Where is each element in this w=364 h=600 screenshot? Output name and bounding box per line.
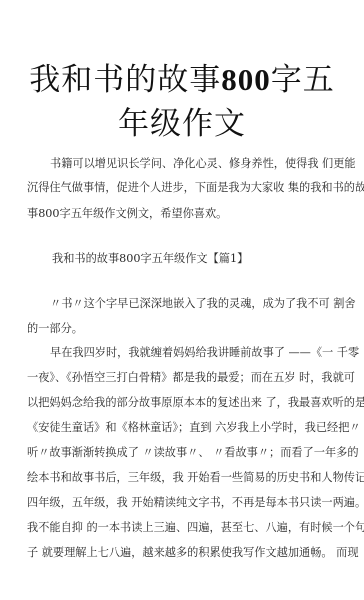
- paragraph-line: 早在我四岁时，我就缠着妈妈给我讲睡前故事了 ——《一 千零: [50, 346, 341, 360]
- paragraph-line: 我不能自抑 的一本书读上三遍、四遍，甚至七、八遍，有时候一个句: [27, 521, 341, 535]
- title-line-2: 年级作文: [0, 102, 364, 146]
- document-title: 我和书的故事800字五 年级作文: [0, 58, 364, 146]
- paragraph-line: 一夜》、《孙悟空三打白骨精》都是我的最爱；而在五岁 时，我就可: [27, 371, 341, 385]
- paragraph-line: 绘本书和故事书后，三年级，我 开始看一些简易的历史书和人物传记；: [27, 471, 341, 485]
- paragraph-line: 四年级，五年级，我 开始精读纯文字书，不再是每本书只读一两遍。: [27, 496, 341, 510]
- title-line-1: 我和书的故事800字五: [0, 58, 364, 102]
- paragraph-line: 的一部分。: [27, 322, 341, 336]
- paragraph-line: 以把妈妈念给我的部分故事原原本本的复述出来 了，我最喜欢听的是: [27, 396, 341, 410]
- document-page: 我和书的故事800字五 年级作文 书籍可以增见识长学问、净化心灵、修身养性，使得…: [0, 0, 364, 600]
- title-text-a: 我和书的故事: [29, 62, 221, 98]
- title-text-b: 字五: [271, 62, 335, 98]
- section-heading: 我和书的故事800字五年级作文【篇1】: [52, 252, 248, 266]
- intro-line: 沉得住气做事情，促进个人进步，下面是我为大家收 集的我和书的故: [27, 181, 341, 195]
- intro-line: 书籍可以增见识长学问、净化心灵、修身养性，使得我 们更能: [50, 157, 341, 171]
- paragraph-line: 听〃故事渐渐转换成了 〃读故事〃、 〃看故事〃；而看了一年多的: [27, 446, 341, 460]
- paragraph-line: 〃书〃这个字早已深深地嵌入了我的灵魂，成为了我不可 割舍: [50, 297, 341, 311]
- paragraph-line: 《安徒生童话》和《格林童话》；直到 六岁我上小学时，我已经把〃: [27, 421, 341, 435]
- paragraph-line: 子 就要理解上七八遍，越来越多的积累使我写作文越加通畅。 而现: [27, 546, 341, 560]
- title-number: 800: [221, 62, 271, 97]
- intro-line: 事800字五年级作文例文，希望你喜欢。: [27, 207, 341, 221]
